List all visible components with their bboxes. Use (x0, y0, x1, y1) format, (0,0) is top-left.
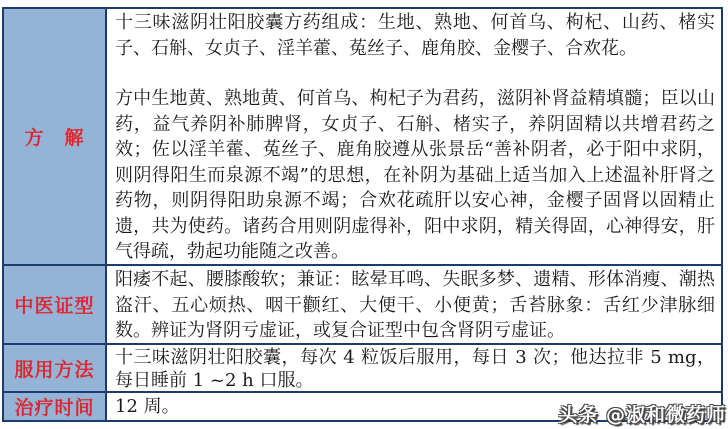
tcm-syndrome-paragraph: 阳痿不起、腰膝酸软；兼证：眩晕耳鸣、失眠多梦、遗精、形体消瘦、潮热盗汗、五心烦热… (115, 267, 715, 343)
formula-composition-paragraph: 十三味滋阴壮阳胶囊方药组成：生地、熟地、何首乌、枸杞、山药、楮实子、石斛、女贞子… (115, 10, 715, 61)
row-label-formula-analysis: 方 解 (4, 9, 107, 264)
document-page: 方 解 十三味滋阴壮阳胶囊方药组成：生地、熟地、何首乌、枸杞、山药、楮实子、石斛… (0, 0, 728, 429)
row-content-tcm-syndrome: 阳痿不起、腰膝酸软；兼证：眩晕耳鸣、失眠多梦、遗精、形体消瘦、潮热盗汗、五心烦热… (107, 266, 721, 343)
row-label-dosage-method: 服用方法 (4, 345, 107, 391)
row-label-treatment-duration: 治疗时间 (4, 393, 107, 420)
toutiao-watermark: 头条 @淑和微药师 (558, 400, 726, 427)
row-label-tcm-syndrome: 中医证型 (4, 266, 107, 343)
prescription-table: 方 解 十三味滋阴壮阳胶囊方药组成：生地、熟地、何首乌、枸杞、山药、楮实子、石斛… (2, 7, 723, 422)
formula-explanation-paragraph: 方中生地黄、熟地黄、何首乌、枸杞子为君药，滋阴补肾益精填髓；臣以山药，益气养阴补… (115, 86, 715, 264)
dosage-method-paragraph: 十三味滋阴壮阳胶囊，每次 4 粒饭后服用，每日 3 次；他达拉非 5 mg，每日… (115, 346, 715, 391)
table-row-tcm-syndrome: 中医证型 阳痿不起、腰膝酸软；兼证：眩晕耳鸣、失眠多梦、遗精、形体消瘦、潮热盗汗… (4, 264, 721, 343)
table-row-dosage-method: 服用方法 十三味滋阴壮阳胶囊，每次 4 粒饭后服用，每日 3 次；他达拉非 5 … (4, 343, 721, 391)
row-content-dosage-method: 十三味滋阴壮阳胶囊，每次 4 粒饭后服用，每日 3 次；他达拉非 5 mg，每日… (107, 345, 721, 391)
row-content-formula-analysis: 十三味滋阴壮阳胶囊方药组成：生地、熟地、何首乌、枸杞、山药、楮实子、石斛、女贞子… (107, 9, 721, 264)
table-row-formula-analysis: 方 解 十三味滋阴壮阳胶囊方药组成：生地、熟地、何首乌、枸杞、山药、楮实子、石斛… (4, 9, 721, 264)
